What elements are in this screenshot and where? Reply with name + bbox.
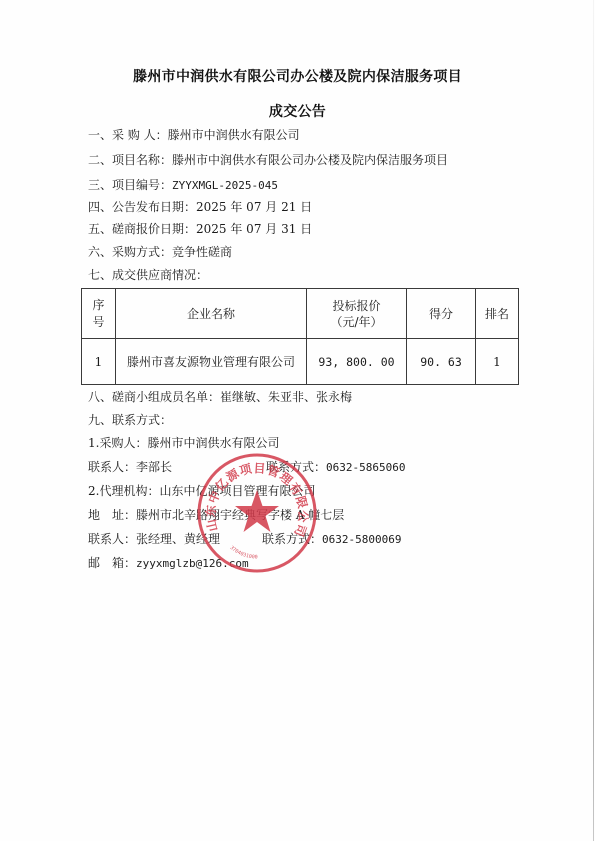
purchaser-line: 一、采 购 人：滕州市中润供水有限公司 (88, 128, 300, 142)
purchaser-value: 滕州市中润供水有限公司 (168, 128, 300, 142)
supplier-table: 序号 企业名称 投标报价 （元/年） 得分 排名 1 滕州市喜友源物业管理有限公… (81, 288, 519, 385)
agency-name: 山东中亿源项目管理有限公司 (159, 484, 315, 498)
agency-person-line: 联系人：张经理、黄经理 (88, 532, 220, 546)
header-seq: 序号 (82, 289, 116, 339)
table-row: 1 滕州市喜友源物业管理有限公司 93, 800. 00 90. 63 1 (82, 339, 519, 385)
purchaser-contact-label: 1.采购人： (88, 436, 147, 450)
procurement-method-value: 竞争性磋商 (172, 245, 232, 259)
committee-line: 八、磋商小组成员名单：崔继敏、朱亚非、张永梅 (88, 390, 352, 404)
publish-date-value: 2025 年 07 月 21 日 (196, 200, 312, 214)
header-bid-price-line2: （元/年） (307, 314, 406, 330)
agency-address-line: 地 址：滕州市北辛路翔宇经典写字楼 A 幢七层 (88, 508, 344, 522)
purchaser-phone-value: 0632-5865060 (326, 461, 405, 474)
supplier-section-label: 七、成交供应商情况： (88, 268, 208, 282)
cell-score: 90. 63 (407, 339, 476, 385)
document-subtitle: 成交公告 (0, 101, 595, 121)
table-header-row: 序号 企业名称 投标报价 （元/年） 得分 排名 (82, 289, 519, 339)
header-bid-price: 投标报价 （元/年） (307, 289, 407, 339)
quote-date-label: 五、磋商报价日期： (88, 222, 196, 236)
document-page: 滕州市中润供水有限公司办公楼及院内保洁服务项目 成交公告 一、采 购 人：滕州市… (0, 0, 595, 841)
agency-email-label: 邮 箱： (88, 556, 136, 570)
header-bid-price-line1: 投标报价 (307, 298, 406, 314)
agency-address-value: 滕州市北辛路翔宇经典写字楼 A 幢七层 (136, 508, 344, 522)
scan-edge (593, 0, 594, 841)
project-name-value: 滕州市中润供水有限公司办公楼及院内保洁服务项目 (172, 153, 448, 167)
contact-heading: 九、联系方式： (88, 413, 172, 427)
publish-date-label: 四、公告发布日期： (88, 200, 196, 214)
project-name-line: 二、项目名称：滕州市中润供水有限公司办公楼及院内保洁服务项目 (88, 153, 448, 167)
purchaser-contact-name: 滕州市中润供水有限公司 (147, 436, 279, 450)
agency-phone-value: 0632-5800069 (322, 533, 401, 546)
cell-seq: 1 (82, 339, 116, 385)
cell-rank: 1 (476, 339, 519, 385)
header-company: 企业名称 (116, 289, 307, 339)
quote-date-value: 2025 年 07 月 31 日 (196, 222, 312, 236)
procurement-method-line: 六、采购方式：竞争性磋商 (88, 245, 232, 259)
agency-email-value: zyyxmglzb@126.com (136, 557, 249, 570)
agency-label: 2.代理机构： (88, 484, 159, 498)
document-title: 滕州市中润供水有限公司办公楼及院内保洁服务项目 (0, 66, 595, 86)
quote-date-line: 五、磋商报价日期：2025 年 07 月 31 日 (88, 222, 312, 236)
purchaser-contact-line: 1.采购人：滕州市中润供水有限公司 (88, 436, 279, 450)
contact-heading-line: 九、联系方式： (88, 413, 172, 427)
cell-company: 滕州市喜友源物业管理有限公司 (116, 339, 307, 385)
project-number-line: 三、项目编号：ZYYXMGL-2025-045 (88, 178, 278, 193)
header-rank: 排名 (476, 289, 519, 339)
cell-bid-price: 93, 800. 00 (307, 339, 407, 385)
agency-phone-line: 联系方式：0632-5800069 (262, 532, 402, 547)
purchaser-label: 一、采 购 人： (88, 128, 168, 142)
project-number-label: 三、项目编号： (88, 178, 172, 192)
purchaser-phone-line: 联系方式：0632-5865060 (266, 460, 406, 475)
agency-phone-label: 联系方式： (262, 532, 322, 546)
project-number-value: ZYYXMGL-2025-045 (172, 179, 278, 192)
agency-email-line: 邮 箱：zyyxmglzb@126.com (88, 556, 249, 571)
publish-date-line: 四、公告发布日期：2025 年 07 月 21 日 (88, 200, 312, 214)
committee-label: 八、磋商小组成员名单： (88, 390, 220, 404)
supplier-section-line: 七、成交供应商情况： (88, 268, 208, 282)
project-name-label: 二、项目名称： (88, 153, 172, 167)
agency-person-value: 张经理、黄经理 (136, 532, 220, 546)
committee-value: 崔继敏、朱亚非、张永梅 (220, 390, 352, 404)
agency-person-label: 联系人： (88, 532, 136, 546)
agency-address-label: 地 址： (88, 508, 136, 522)
header-score: 得分 (407, 289, 476, 339)
purchaser-person-label: 联系人： (88, 460, 136, 474)
purchaser-phone-label: 联系方式： (266, 460, 326, 474)
procurement-method-label: 六、采购方式： (88, 245, 172, 259)
purchaser-person-line: 联系人：李部长 (88, 460, 172, 474)
agency-line: 2.代理机构：山东中亿源项目管理有限公司 (88, 484, 315, 498)
purchaser-person-value: 李部长 (136, 460, 172, 474)
